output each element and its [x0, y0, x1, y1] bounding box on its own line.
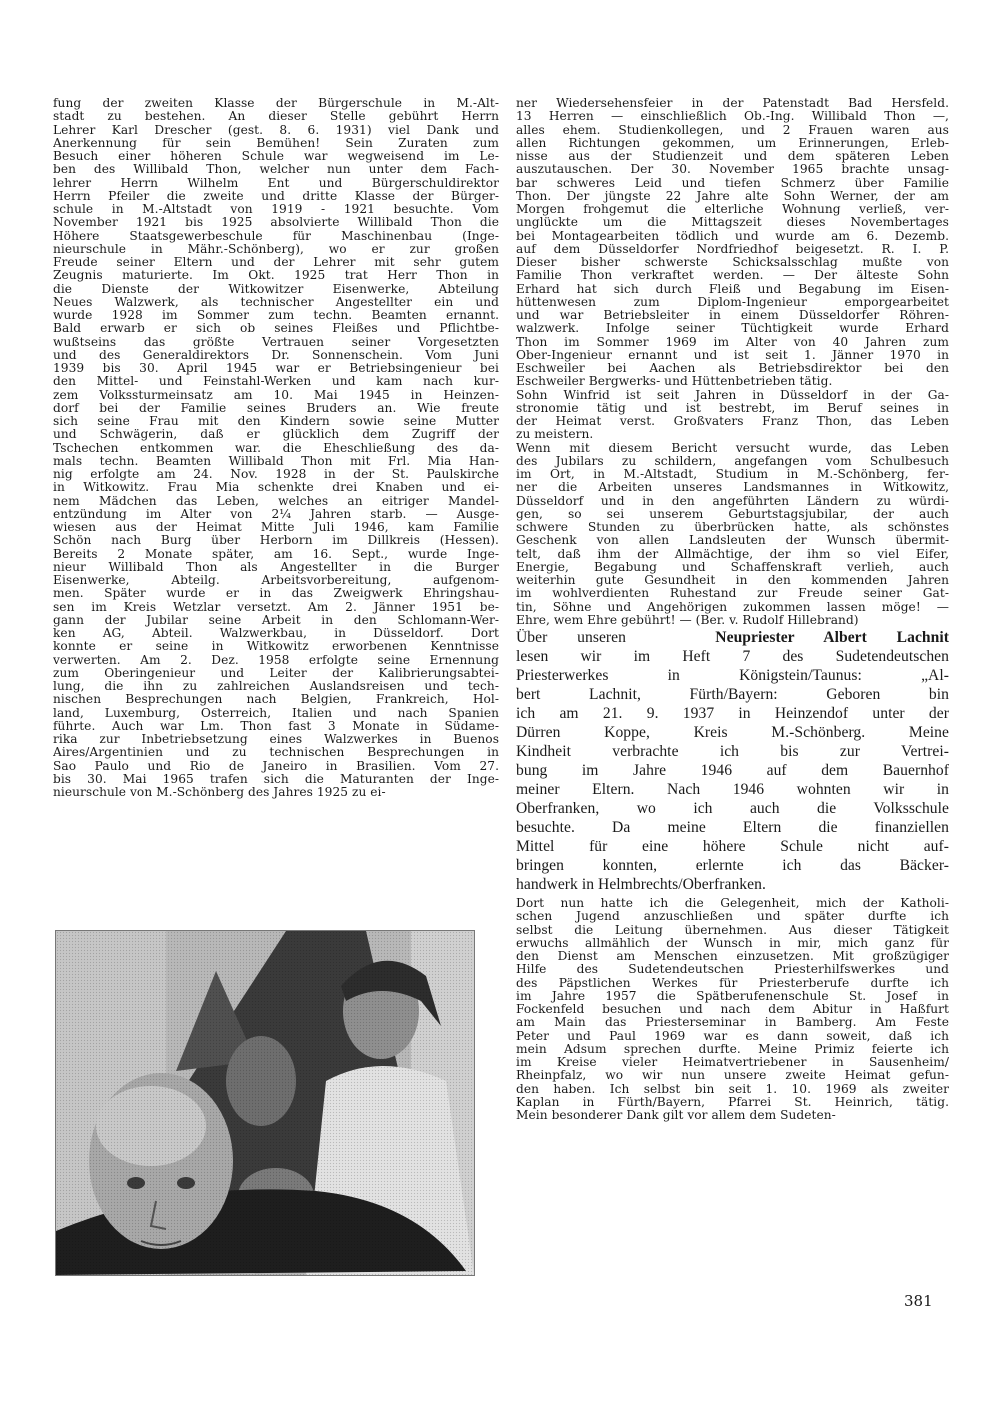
text-line: schule in M.-Altstadt von 1919 - 1921 be… — [53, 203, 499, 216]
text-line: Zeugnis maturierte. Im Okt. 1925 trat He… — [53, 269, 499, 282]
text-line: konnte er seine in Witkowitz erworbenen … — [53, 640, 499, 653]
text-line: November 1921 bis 1925 absolvierte Willi… — [53, 216, 499, 229]
text-line: Eschweiler bei Aachen als Betriebsdirekt… — [516, 362, 949, 375]
text-line: den haben. Ich selbst bin seit 1. 10. 19… — [516, 1083, 949, 1096]
text-line: nig erfolgte am 24. Nov. 1928 in der St.… — [53, 468, 499, 481]
text-line: nem Mädchen das Leben, welches an eitrig… — [53, 495, 499, 508]
text-line: Höhere Staatsgewerbeschule für Maschinen… — [53, 230, 499, 243]
text-line: Ehre, wem Ehre gebührt! — (Ber. v. Rudol… — [516, 614, 949, 627]
text-line: stadt zu bestehen. An dieser Stelle gebü… — [53, 110, 499, 123]
text-line: am Main das Priesterseminar in Bamberg. … — [516, 1016, 949, 1029]
text-line: und des Generaldirektors Dr. Sonnenschei… — [53, 349, 499, 362]
text-line: führte. Auch war Lm. Thon fast 3 Monate … — [53, 720, 499, 733]
text-line: Kaplan in Fürth/Bayern, Pfarrei St. Hein… — [516, 1096, 949, 1109]
text-line: Erhard hat sich durch Fleiß und Begabung… — [516, 283, 949, 296]
text-line: Thon im Sommer 1969 im Alter von 40 Jahr… — [516, 336, 949, 349]
text-line: und Schwägerin, daß er glücklich dem Zug… — [53, 428, 499, 441]
text-line: 1939 bis 30. April 1945 war er Betriebsi… — [53, 362, 499, 375]
text-line: Bald erwarb er sich ob seines Fleißes un… — [53, 322, 499, 335]
text-line: nischen Besprechungen nach Belgien, Fran… — [53, 693, 499, 706]
text-line: allen Richtungen gekommen, um Erinnerung… — [516, 137, 949, 150]
text-line: nisse aus der Studienzeit und dem später… — [516, 150, 949, 163]
text-line: den Dienst am Menschen einzusetzen. Mit … — [516, 950, 949, 963]
text-line: 13 Herren — einschließlich Ob.-Ing. Will… — [516, 110, 949, 123]
text-line: gen, so sei unserem Geburtstagsjubilar, … — [516, 508, 949, 521]
text-line: bis 30. Mai 1965 trafen sich die Maturan… — [53, 773, 499, 786]
text-line: meiner Eltern. Nach 1946 wohnten wir in — [516, 780, 949, 799]
text-line: stronomie tätig und ist bestrebt, im Ber… — [516, 402, 949, 415]
right-column: ner Wiedersehensfeier in der Patenstadt … — [516, 97, 949, 1122]
text-line: Dieser bisher schwerste Schicksalsschlag… — [516, 256, 949, 269]
text-line: des Jubilars zu schildern, angefangen vo… — [516, 455, 949, 468]
text-line: Schön nach Burg über Herborn im Dillkrei… — [53, 534, 499, 547]
text-line: rika zur Inbetriebsetzung eines Walzwerk… — [53, 733, 499, 746]
text-line: Freude seiner Eltern und der Lehrer mit … — [53, 256, 499, 269]
text-line: die Dienste der Witkowitzer Eisenwerke, … — [53, 283, 499, 296]
text-line: Besuch einer höheren Schule war wegweise… — [53, 150, 499, 163]
text-line: Eisenwerke, Abteilg. Arbeitsvorbereitung… — [53, 574, 499, 587]
text-line: wußtseins das größte Vertrauen seiner Vo… — [53, 336, 499, 349]
text-line: Hilfe des Sudetendeutschen Priesterhilfs… — [516, 963, 949, 976]
text-line: Familie Thon verkraftet werden. — Der äl… — [516, 269, 949, 282]
text-line: bar schweres Leid und tiefen Schmerz übe… — [516, 177, 949, 190]
text-line: nieur Willibald Thon als Angestellter in… — [53, 561, 499, 574]
text-line: Mein besonderer Dank gilt vor allem dem … — [516, 1109, 949, 1122]
text-line: lesen wir im Heft 7 des Sudetendeutschen — [516, 647, 949, 666]
text-line: den Mittel- und Feinstahl-Werken und kam… — [53, 375, 499, 388]
text-line: Eschweiler Bergwerks- und Hüttenbetriebe… — [516, 375, 949, 388]
text-line: walzwerk. Infolge seiner Tüchtigkeit wur… — [516, 322, 949, 335]
text-line: Aires/Argentinien und zu technischen Bes… — [53, 746, 499, 759]
lachnit-name-heading: Neupriester Albert Lachnit — [715, 629, 949, 646]
text-line: schwere Stunden zu überbrücken hatte, al… — [516, 521, 949, 534]
text-line: Priesterwerkes in Königstein/Taunus: „Al… — [516, 666, 949, 685]
photo-father-and-son — [55, 930, 475, 1276]
article-thon-continued: ner Wiedersehensfeier in der Patenstadt … — [516, 97, 949, 627]
article-lachnit-heading-line: Über unseren Neupriester Albert Lachnit — [516, 628, 949, 647]
text-line: sich seine Frau mit den Kindern sowie se… — [53, 415, 499, 428]
text-line: hüttenwesen zum Diplom-Ingenieur emporge… — [516, 296, 949, 309]
text-line: wiesen aus der Heimat Mitte Juli 1946, k… — [53, 521, 499, 534]
text-line: telt, daß ihm der Allmächtige, der ihm s… — [516, 548, 949, 561]
text-line: Thon. Der jüngste 22 Jahre alte Sohn Wer… — [516, 190, 949, 203]
text-line: tin, Söhne und Angehörigen zukommen lass… — [516, 601, 949, 614]
text-line: Sohn Winfrid ist seit Jahren in Düsseldo… — [516, 389, 949, 402]
text-line: verwerten. Am 2. Dez. 1958 erfolgte sein… — [53, 654, 499, 667]
text-line: gann der Jubilar seine Arbeit in den Sch… — [53, 614, 499, 627]
text-line: Lehrer Karl Drescher (gest. 8. 6. 1931) … — [53, 124, 499, 137]
text-line: zum Oberingenieur und Leiter der Kalibri… — [53, 667, 499, 680]
text-line: lehrer Herrn Wilhelm Ent und Bürgerschul… — [53, 177, 499, 190]
text-line: unglückte um die Mittagszeit dieses Nove… — [516, 216, 949, 229]
text-line: besuchte. Da meine Eltern die finanziell… — [516, 818, 949, 837]
text-line: wurde 1928 im Sommer zum techn. Beamten … — [53, 309, 499, 322]
text-line: ner Wiedersehensfeier in der Patenstadt … — [516, 97, 949, 110]
text-line: bung im Jahre 1946 auf dem Bauernhof — [516, 761, 949, 780]
text-line: Anerkennung für sein Bemühen! Sein Zurat… — [53, 137, 499, 150]
text-line: men. Später wurde er in das Zweigwerk Eh… — [53, 587, 499, 600]
text-line: des Päpstlichen Werkes für Priesterberuf… — [516, 977, 949, 990]
text-line: auszutauschen. Der 30. November 1965 bra… — [516, 163, 949, 176]
text-line: zu meistern. — [516, 428, 949, 441]
text-line: Neues Walzwerk, als technischer Angestel… — [53, 296, 499, 309]
photo-image — [56, 931, 474, 1275]
text-line: fung der zweiten Klasse der Bürgerschule… — [53, 97, 499, 110]
text-line: handwerk in Helmbrechts/Oberfranken. — [516, 875, 949, 894]
text-line: ken AG, Abteil. Walzwerkbau, in Düsseldo… — [53, 627, 499, 640]
text-line: Herrn Pfeiler die zweite und dritte Klas… — [53, 190, 499, 203]
text-line: entzündung im Alter von 2¼ Jahren starb.… — [53, 508, 499, 521]
text-line: Tschechen entkommen war. die Eheschließu… — [53, 442, 499, 455]
text-line: erwuchs allmählich der Wunsch in mir, mi… — [516, 937, 949, 950]
text-line: im Kreise vieler Heimatvertriebener in S… — [516, 1056, 949, 1069]
text-line: Dort nun hatte ich die Gelegenheit, mich… — [516, 897, 949, 910]
text-line: alles ehem. Studienkollegen, und 2 Fraue… — [516, 124, 949, 137]
text-line: Kindheit verbrachte ich bis zur Vertrei- — [516, 742, 949, 761]
text-line: Dürren Koppe, Kreis M.-Schönberg. Meine — [516, 723, 949, 742]
text-line: mein Adsum sprechen durfte. Meine Primiz… — [516, 1043, 949, 1056]
left-column: fung der zweiten Klasse der Bürgerschule… — [53, 97, 499, 799]
text-line: sen im Kreis Wetzlar versetzt. Am 2. Jän… — [53, 601, 499, 614]
text-line: Morgen frohgemut die elterliche Wohnung … — [516, 203, 949, 216]
text-line: in Witkowitz. Frau Mia schenkte drei Kna… — [53, 481, 499, 494]
text-line: bringen konnten, erlernte ich das Bäcker… — [516, 856, 949, 875]
text-line: nieurschule von M.-Schönberg des Jahres … — [53, 786, 499, 799]
text-line: der Heimat verst. Großvaters Franz Thon,… — [516, 415, 949, 428]
text-line: im Ort, in M.-Altstadt, Studium in M.-Sc… — [516, 468, 949, 481]
text-line: im wohlverdienten Ruhestand zur Freude s… — [516, 587, 949, 600]
article-lachnit-body: Dort nun hatte ich die Gelegenheit, mich… — [516, 897, 949, 1122]
text-line: land, Luxemburg, Österreich, Italien und… — [53, 707, 499, 720]
text-line: nieurschule in Mähr.-Schönberg), wo er z… — [53, 243, 499, 256]
intro-prefix: Über unseren — [516, 629, 626, 646]
page-number: 381 — [904, 1292, 933, 1310]
text-line: Ober-Ingenieur ernannt und ist seit 1. J… — [516, 349, 949, 362]
text-line: Wenn mit diesem Bericht versucht wurde, … — [516, 442, 949, 455]
text-line: Bereits 2 Monate später, am 16. Sept., w… — [53, 548, 499, 561]
text-line: selbst die Leitung übernehmen. Aus diese… — [516, 924, 949, 937]
text-line: und war Betriebsleiter in einem Düsseldo… — [516, 309, 949, 322]
text-line: zem Volkssturmeinsatz am 10. Mai 1945 in… — [53, 389, 499, 402]
text-line: bert Lachnit, Fürth/Bayern: Geboren bin — [516, 685, 949, 704]
article-lachnit-intro: Über unseren Neupriester Albert Lachnit … — [516, 628, 949, 894]
text-line: dorf bei der Familie seines Bruders an. … — [53, 402, 499, 415]
text-line: Peter und Paul 1969 war es dann soweit, … — [516, 1030, 949, 1043]
text-line: Mittel für eine höhere Schule nicht auf- — [516, 837, 949, 856]
text-line: Oberfranken, wo ich auch die Volksschule — [516, 799, 949, 818]
text-line: ich am 21. 9. 1937 in Heinzendof unter d… — [516, 704, 949, 723]
text-line: im Jahre 1957 die Spätberufenenschule St… — [516, 990, 949, 1003]
text-line: Fockenfeld besuchen und nach dem Abitur … — [516, 1003, 949, 1016]
text-line: ben des Willibald Thon, welcher nun unte… — [53, 163, 499, 176]
text-line: Düsseldorf und in den angeführten Länder… — [516, 495, 949, 508]
text-line: schen Jugend anzuschließen und später du… — [516, 910, 949, 923]
text-line: lung, die ihn zu zahlreichen Auslandsrei… — [53, 680, 499, 693]
text-line: ner die Arbeiten unseres Landsmannes in … — [516, 481, 949, 494]
text-line: bei Montagearbeiten tödlich und wurde am… — [516, 230, 949, 243]
text-line: Energie, Begabung und Schaffenskraft ver… — [516, 561, 949, 574]
text-line: auf dem Düsseldorfer Nordfriedhof beiges… — [516, 243, 949, 256]
text-line: Geschenk von allen Landsleuten der Wunsc… — [516, 534, 949, 547]
text-line: mals techn. Beamten Willibald Thon mit F… — [53, 455, 499, 468]
text-line: Sao Paulo und Rio de Janeiro in Brasilie… — [53, 760, 499, 773]
text-line: Rheinpfalz, wo wir nun unsere zweite Hei… — [516, 1069, 949, 1082]
text-line: weiterhin gute Gesundheit in den kommend… — [516, 574, 949, 587]
